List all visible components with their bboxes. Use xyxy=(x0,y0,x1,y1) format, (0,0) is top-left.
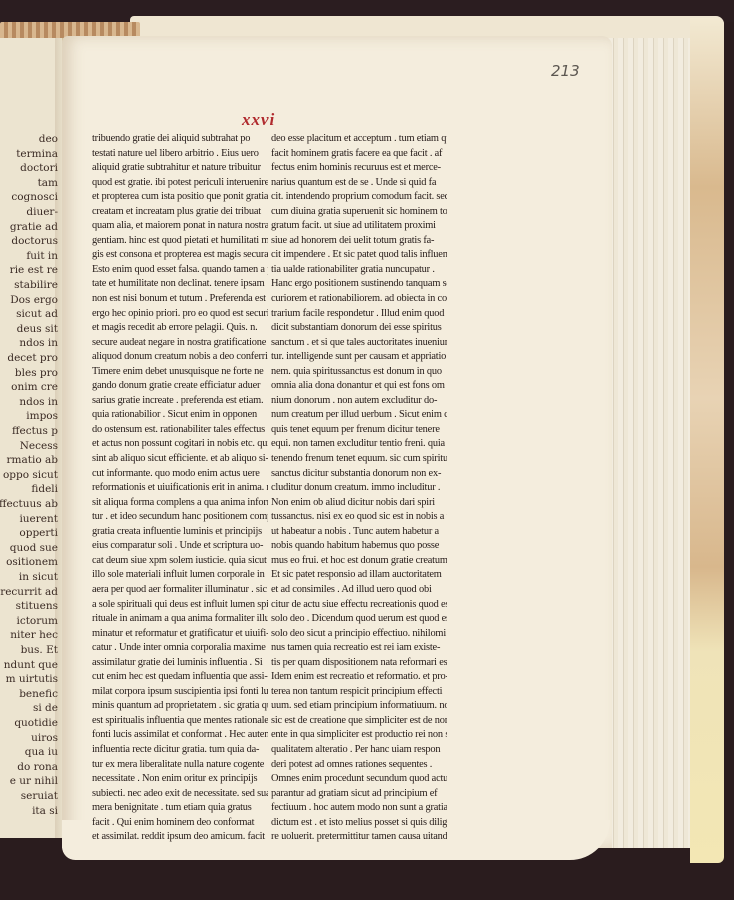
text-line: et assimilat. reddit ipsum deo amicum. f… xyxy=(92,830,268,845)
text-line: uum. sed etiam principium informatiuum. … xyxy=(271,699,447,714)
text-line: cut enim hec est quedam influentia que a… xyxy=(92,670,268,685)
text-line: milat corpora ipsum suscipientia ipsi fo… xyxy=(92,685,268,700)
text-line: deri potest ad omnes rationes sequentes … xyxy=(271,758,447,773)
left-page-line: m uirtutis xyxy=(6,672,58,687)
left-page-line: ndos in xyxy=(19,336,58,351)
text-line: et magis recedit ab errore pelagii. Quis… xyxy=(92,321,268,336)
text-line: minatur et reformatur et gratificatur et… xyxy=(92,627,268,642)
text-line: influentia recte dicitur gratia. tum qui… xyxy=(92,743,268,758)
text-line: tia ualde rationabiliter gratia nuncupat… xyxy=(271,263,447,278)
text-line: ut habeatur a nobis . Tunc autem habetur… xyxy=(271,525,447,540)
left-page-line: diuer- xyxy=(26,205,58,220)
left-page-line: deus sit xyxy=(17,322,58,337)
text-line: illo sole materiali influit lumen corpor… xyxy=(92,568,268,583)
text-line: est spiritualis influentia que mentes ra… xyxy=(92,714,268,729)
left-page-line: Dos ergo xyxy=(10,293,58,308)
text-line: secure audeat negare in nostra gratifica… xyxy=(92,336,268,351)
left-page-line: doctori xyxy=(20,161,58,176)
text-line: catur . Unde inter omnia corporalia maxi… xyxy=(92,641,268,656)
left-page-line: oppo sicut xyxy=(3,468,58,483)
left-page-line: rie est re xyxy=(10,263,58,278)
text-line: ente in qua simpliciter est productio re… xyxy=(271,728,447,743)
text-line: cluditur donum creatum. immo includitur … xyxy=(271,481,447,496)
text-line: equi. non tamen excluditur tentio freni.… xyxy=(271,437,447,452)
left-page-line: ffectus p xyxy=(12,424,58,439)
text-line: tenendo frenum tenet equum. sic cum spir… xyxy=(271,452,447,467)
text-line: tur ex mera liberalitate nulla nature co… xyxy=(92,758,268,773)
text-line: citur de actu siue effectu recreationis … xyxy=(271,598,447,613)
left-page-line: benefic xyxy=(19,687,58,702)
text-line: gentiam. hinc est quod pietati et humili… xyxy=(92,234,268,249)
text-line: curiorem et rationabiliorem. ad obiecta … xyxy=(271,292,447,307)
text-line: solo deo sicut a principio effectiuo. ni… xyxy=(271,627,447,642)
text-line: tur. intelligende sunt per causam et app… xyxy=(271,350,447,365)
text-line: tate et humilitate non declinat. tenere … xyxy=(92,277,268,292)
left-page-line: ictorum xyxy=(16,614,58,629)
text-line: sit aliqua forma complens a qua anima in… xyxy=(92,496,268,511)
text-line: deo esse placitum et acceptum . tum etia… xyxy=(271,132,447,147)
text-column-right: deo esse placitum et acceptum . tum etia… xyxy=(271,132,447,845)
text-line: cit impendere . Et sic patet quod talis … xyxy=(271,248,447,263)
text-line: re uoluerit. pretermittitur tamen causa … xyxy=(271,830,447,845)
text-line: Timere enim debet unusquisque ne forte n… xyxy=(92,365,268,380)
text-line: quam alia, et maiorem ponat in natura no… xyxy=(92,219,268,234)
left-page-line: termina xyxy=(16,147,58,162)
text-line: dictum est . et isto melius posset si qu… xyxy=(271,816,447,831)
left-page-line: ndunt que xyxy=(4,658,58,673)
text-line: assimilatur gratie dei luminis influenti… xyxy=(92,656,268,671)
text-line: tis per quam dispositionem nata reformar… xyxy=(271,656,447,671)
left-page-line: in sicut xyxy=(19,570,58,585)
left-page-line: ndos in xyxy=(19,395,58,410)
text-line: mera benignitate . tum etiam quia gratus xyxy=(92,801,268,816)
text-line: sanctum . et si que tales auctoritates i… xyxy=(271,336,447,351)
text-line: subiecti. nec adeo exit de necessitate. … xyxy=(92,787,268,802)
left-page-line: fideli xyxy=(31,482,58,497)
text-line: rituale in animam a qua anima formaliter… xyxy=(92,612,268,627)
left-page-line: seruiat xyxy=(21,789,58,804)
text-line: gis est consona et propterea est magis s… xyxy=(92,248,268,263)
left-page-line: stabilire xyxy=(14,278,58,293)
left-page-line: Necess xyxy=(20,439,58,454)
left-page-line: iuerent xyxy=(19,512,58,527)
text-line: sic est de creatione que simpliciter est… xyxy=(271,714,447,729)
left-page-line: impos xyxy=(26,409,58,424)
text-line: Esto enim quod esset falsa. quando tamen… xyxy=(92,263,268,278)
left-page-line: uiros xyxy=(31,731,58,746)
text-line: eius comparatur soli . Unde et scriptura… xyxy=(92,539,268,554)
text-line: minis quantum ad proprietatem . sic grat… xyxy=(92,699,268,714)
text-line: cat deum siue xpm solem iusticie. quia s… xyxy=(92,554,268,569)
text-line: tussanctus. nisi ex eo quod sic est in n… xyxy=(271,510,447,525)
text-line: necessitate . Non enim oritur ex princip… xyxy=(92,772,268,787)
text-line: reformationis et uiuificationis erit in … xyxy=(92,481,268,496)
left-page-line: qua iu xyxy=(25,745,58,760)
text-line: non est nisi bonum et tutum . Preferenda… xyxy=(92,292,268,307)
text-line: cit. intendendo proprium comodum facit. … xyxy=(271,190,447,205)
text-line: Hanc ergo positionem sustinendo tanquam … xyxy=(271,277,447,292)
text-line: aera per quod aer formaliter illuminatur… xyxy=(92,583,268,598)
text-line: aliquid gratie subtrahitur et nature tri… xyxy=(92,161,268,176)
text-line: et propterea cum ista positio que ponit … xyxy=(92,190,268,205)
text-line: facit hominem gratis facere ea que facit… xyxy=(271,147,447,162)
text-line: creatam et increatam plus gratie dei tri… xyxy=(92,205,268,220)
text-line: mus eo frui. et hoc est donum gratie cre… xyxy=(271,554,447,569)
text-line: nium donorum . non autem excluditur do- xyxy=(271,394,447,409)
book-cover-top-edge xyxy=(130,16,724,38)
text-line: omnia alia dona donantur et qui est fons… xyxy=(271,379,447,394)
text-line: quia rationabilior . Sicut enim in oppon… xyxy=(92,408,268,423)
left-page-line: ositionem xyxy=(6,555,58,570)
text-line: et actus non possunt cogitari in nobis e… xyxy=(92,437,268,452)
text-line: gratum facit. ut siue ad utilitatem prox… xyxy=(271,219,447,234)
left-page-line: doctorus xyxy=(11,234,58,249)
text-line: gando donum gratie create efficiatur adu… xyxy=(92,379,268,394)
left-page-line: bles pro xyxy=(15,366,58,381)
left-page-line: quod sue xyxy=(10,541,58,556)
text-line: fonti lucis assimilat et conformat . Hec… xyxy=(92,728,268,743)
folio-number: 213 xyxy=(551,62,580,80)
left-page-line: recurrit ad xyxy=(0,585,58,600)
text-line: nem. quia spiritussanctus est donum in q… xyxy=(271,365,447,380)
text-line: trarium facile respondetur . Illud enim … xyxy=(271,307,447,322)
left-page-line: niter hec xyxy=(10,628,58,643)
text-line: num creatum per illud uerbum . Sicut eni… xyxy=(271,408,447,423)
text-line: Idem enim est recreatio et reformatio. e… xyxy=(271,670,447,685)
text-line: nus tamen quia recreatio est rei iam exi… xyxy=(271,641,447,656)
text-line: Non enim ob aliud dicitur nobis dari spi… xyxy=(271,496,447,511)
left-page-line: ffectuus ab xyxy=(0,497,58,512)
left-page-line: onim cre xyxy=(11,380,58,395)
text-line: nobis quando habitum habemus quo posse xyxy=(271,539,447,554)
text-line: facit . Qui enim hominem deo conformat xyxy=(92,816,268,831)
text-line: dicit substantiam donorum dei esse spiri… xyxy=(271,321,447,336)
text-column-left: tribuendo gratie dei aliquid subtrahat p… xyxy=(92,132,268,845)
text-line: fectus enim hominis recuruus est et merc… xyxy=(271,161,447,176)
text-line: sarius gratie increate . preferenda est … xyxy=(92,394,268,409)
text-line: siue ad honorem dei uelit totum gratis f… xyxy=(271,234,447,249)
text-line: sanctus dicitur substantia donorum non e… xyxy=(271,467,447,482)
text-line: tur . et ideo secundum hanc positionem c… xyxy=(92,510,268,525)
text-line: narius quantum est de se . Unde si quid … xyxy=(271,176,447,191)
text-line: a sole spirituali qui deus est influit l… xyxy=(92,598,268,613)
text-line: sint ab aliquo sicut efficiente. et ab a… xyxy=(92,452,268,467)
text-line: quod est gratie. ibi potest periculi int… xyxy=(92,176,268,191)
text-line: do ostensum est. rationabiliter tales ef… xyxy=(92,423,268,438)
text-line: ergo hec opinio priori. pro eo quod est … xyxy=(92,307,268,322)
left-page-line: do rona xyxy=(17,760,58,775)
book-cover-fore-edge xyxy=(690,18,724,863)
left-page-line: decet pro xyxy=(7,351,58,366)
text-line: quis tenet equum per frenum dicitur tene… xyxy=(271,423,447,438)
text-line: testati nature uel libero arbitrio . Eiu… xyxy=(92,147,268,162)
text-line: aliquod donum creatum nobis a deo confer… xyxy=(92,350,268,365)
text-line: solo deo . Dicendum quod uerum est quod … xyxy=(271,612,447,627)
text-line: Et sic patet responsio ad illam auctorit… xyxy=(271,568,447,583)
text-line: cum diuina gratia superuenit sic hominem… xyxy=(271,205,447,220)
text-line: terea non tantum respicit principium eff… xyxy=(271,685,447,700)
left-page-line: quotidie xyxy=(14,716,58,731)
left-page-line: rmatio ab xyxy=(7,453,58,468)
left-page-line: cognosci xyxy=(11,190,58,205)
left-page-line: fuit in xyxy=(26,249,58,264)
text-line: tribuendo gratie dei aliquid subtrahat p… xyxy=(92,132,268,147)
left-page-line: sicut ad xyxy=(16,307,58,322)
running-head: xxvi xyxy=(242,110,275,130)
left-page-line: gratie ad xyxy=(10,220,58,235)
left-page-line: opperti xyxy=(19,526,58,541)
left-page-line: bus. Et xyxy=(21,643,58,658)
text-line: gratia creata influentie luminis et prin… xyxy=(92,525,268,540)
text-line: Omnes enim procedunt secundum quod actus… xyxy=(271,772,447,787)
left-page-line: stituens xyxy=(16,599,58,614)
text-line: cut informante. quo modo enim actus uere xyxy=(92,467,268,482)
text-line: qualitatem alteratio . Per hanc uiam res… xyxy=(271,743,447,758)
text-line: et ad consimiles . Ad illud uero quod ob… xyxy=(271,583,447,598)
text-line: fectiuum . hoc autem modo non sunt a gra… xyxy=(271,801,447,816)
text-line: parantur ad gratiam sicut ad principium … xyxy=(271,787,447,802)
left-page-line: e ur nihil xyxy=(10,774,58,789)
